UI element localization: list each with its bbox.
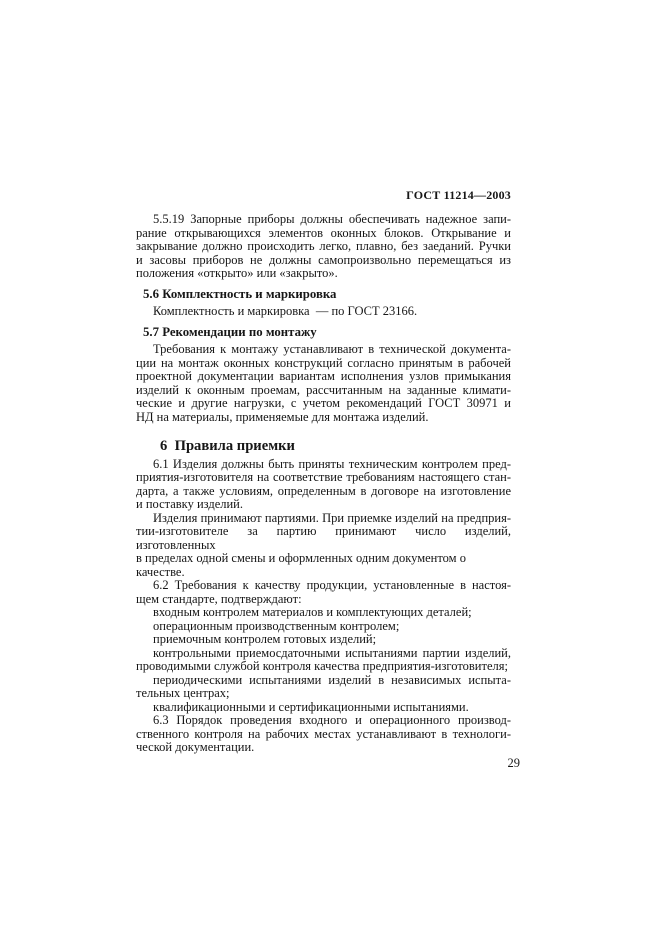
text-line: 6.2 Требования к качеству продукции, уст… [136,579,511,593]
text-line: 6.3 Порядок проведения входного и операц… [136,714,511,728]
list-item-input-control: входным контролем материалов и комплекту… [136,606,511,620]
text-line: приемочным контролем готовых изделий; [136,633,511,647]
text-line: контрольными приемосдаточными испытаниям… [136,647,511,661]
list-item-acceptance-control: приемочным контролем готовых изделий; [136,633,511,647]
text-line: проектной документации вариантам исполне… [136,370,511,384]
text-line: ческой документации. [136,741,511,755]
clause-5-7-body: Требования к монтажу устанавливают в тех… [136,343,511,424]
text-line: Требования к монтажу устанавливают в тех… [136,343,511,357]
clause-6-1: 6.1 Изделия должны быть приняты техничес… [136,458,511,512]
clause-6-2: 6.2 Требования к качеству продукции, уст… [136,579,511,606]
text-line: рание открывающихся элементов оконных бл… [136,227,511,241]
text-line: щем стандарте, подтверждают: [136,593,511,607]
text-line: тии-изготовителе за партию принимают чис… [136,525,511,552]
document-content: ГОСТ 11214—2003 5.5.19 Запорные приборы … [136,188,511,770]
list-item-qualification-tests: квалификационными и сертификационными ис… [136,701,511,715]
heading-5-7: 5.7 Рекомендации по монтажу [136,326,511,340]
text-line: 5.5.19 Запорные приборы должны обеспечив… [136,213,511,227]
text-line: в пределах одной смены и оформленных одн… [136,552,511,579]
page-number: 29 [136,757,520,771]
text-line: и поставку изделий. [136,498,511,512]
text-line: закрывание должно происходить легко, пла… [136,240,511,254]
clause-5-6-body: Комплектность и маркировка — по ГОСТ 231… [136,305,511,319]
text-line: операционным производственным контролем; [136,620,511,634]
list-item-periodic-tests: периодическими испытаниями изделий в нез… [136,674,511,701]
text-line: ственного контроля на рабочих местах уст… [136,728,511,742]
text-line: Комплектность и маркировка — по ГОСТ 231… [136,305,511,319]
text-line: дарта, а также условиям, определенным в … [136,485,511,499]
text-line: положения «открыто» или «закрыто». [136,267,511,281]
document-header-standard-number: ГОСТ 11214—2003 [136,188,511,202]
list-item-control-tests: контрольными приемосдаточными испытаниям… [136,647,511,674]
text-line: приятия-изготовителя на соответствие тре… [136,471,511,485]
clause-5-5-19: 5.5.19 Запорные приборы должны обеспечив… [136,213,511,281]
text-line: проводимыми службой контроля качества пр… [136,660,511,674]
heading-6: 6 Правила приемки [136,437,511,455]
text-line: квалификационными и сертификационными ис… [136,701,511,715]
text-line: ческие и другие нагрузки, с учетом реком… [136,397,511,411]
text-line: тельных центрах; [136,687,511,701]
text-line: 6.1 Изделия должны быть приняты техничес… [136,458,511,472]
heading-5-6: 5.6 Комплектность и маркировка [136,288,511,302]
text-line: ции на монтаж оконных конструкций соглас… [136,357,511,371]
document-page: ГОСТ 11214—2003 5.5.19 Запорные приборы … [0,0,661,935]
text-line: входным контролем материалов и комплекту… [136,606,511,620]
list-item-operational-control: операционным производственным контролем; [136,620,511,634]
text-line: Изделия принимают партиями. При приемке … [136,512,511,526]
text-line: НД на материалы, применяемые для монтажа… [136,411,511,425]
clause-6-3: 6.3 Порядок проведения входного и операц… [136,714,511,755]
text-line: периодическими испытаниями изделий в нез… [136,674,511,688]
clause-6-1-batches: Изделия принимают партиями. При приемке … [136,512,511,580]
document-body: 5.5.19 Запорные приборы должны обеспечив… [136,213,511,755]
text-line: и засовы приборов не должны самопроизвол… [136,254,511,268]
text-line: изделий к оконным проемам, рассчитанным … [136,384,511,398]
